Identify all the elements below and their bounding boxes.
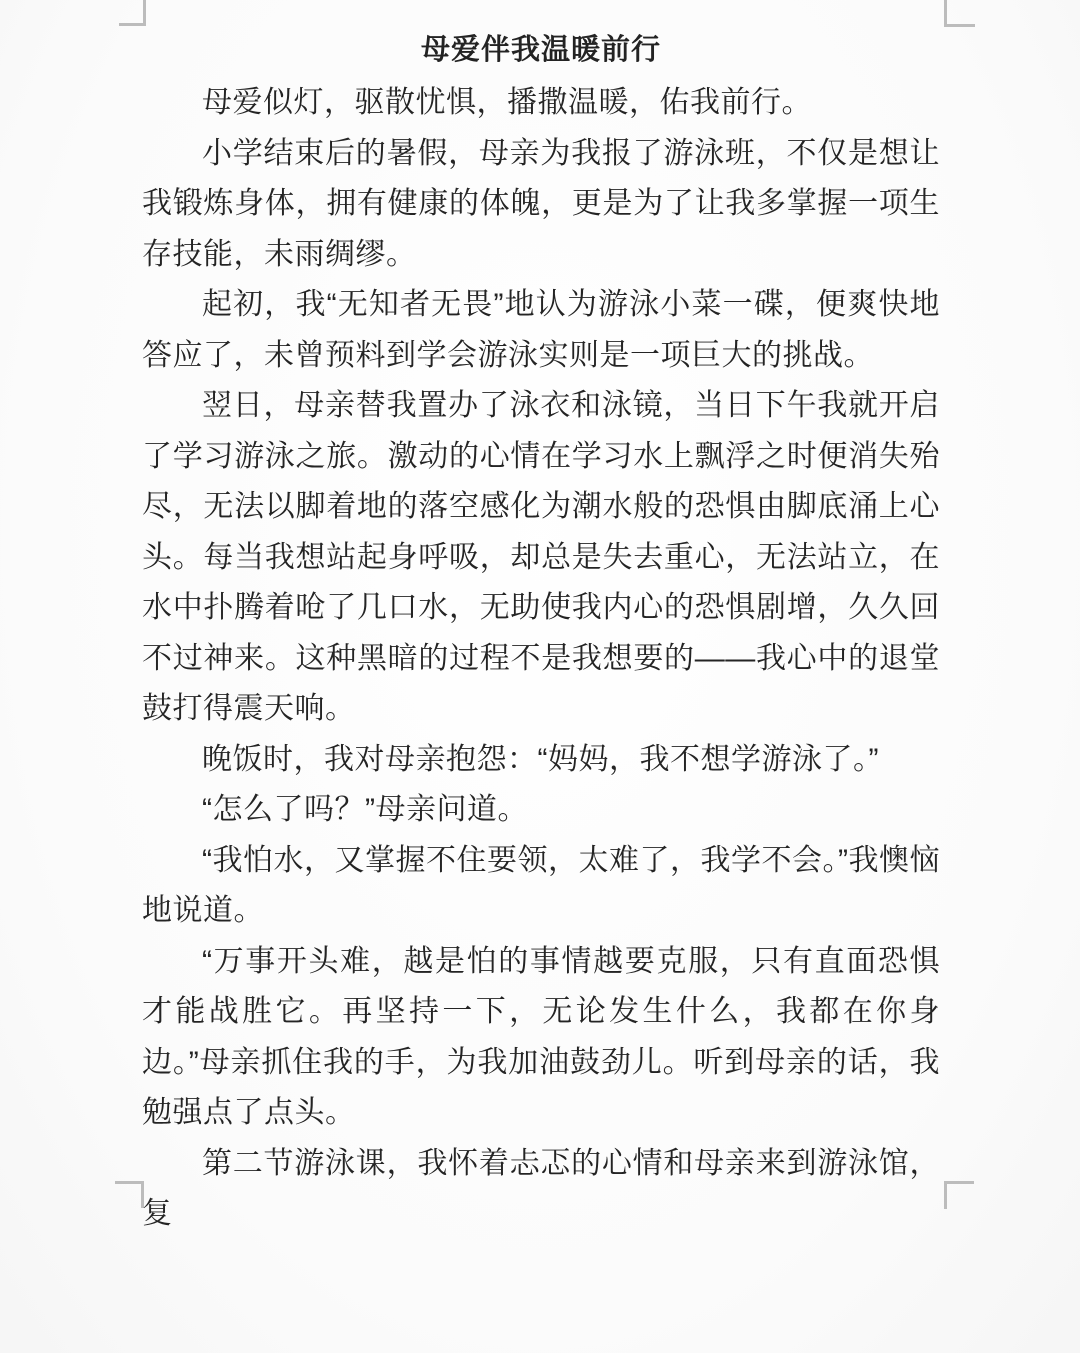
essay-content: 母爱伴我温暖前行 母爱似灯，驱散忧惧，播撒温暖，佑我前行。 小学结束后的暑假，母… — [142, 22, 940, 1240]
essay-body: 母爱似灯，驱散忧惧，播撒温暖，佑我前行。 小学结束后的暑假，母亲为我报了游泳班，… — [142, 78, 940, 1240]
essay-paragraph: “万事开头难，越是怕的事情越要克服，只有直面恐惧才能战胜它。再坚持一下，无论发生… — [142, 937, 940, 1139]
essay-paragraph: 第二节游泳课，我怀着忐忑的心情和母亲来到游泳馆，复 — [142, 1139, 940, 1240]
document-page: 母爱伴我温暖前行 母爱似灯，驱散忧惧，播撒温暖，佑我前行。 小学结束后的暑假，母… — [0, 0, 1080, 1353]
essay-paragraph: 起初，我“无知者无畏”地认为游泳小菜一碟，便爽快地答应了，未曾预料到学会游泳实则… — [142, 280, 940, 381]
essay-paragraph: 晚饭时，我对母亲抱怨：“妈妈，我不想学游泳了。” — [142, 735, 940, 786]
essay-paragraph: “怎么了吗？”母亲问道。 — [142, 785, 940, 836]
essay-paragraph: 翌日，母亲替我置办了泳衣和泳镜，当日下午我就开启了学习游泳之旅。激动的心情在学习… — [142, 381, 940, 735]
crop-mark-bottom-right-icon — [944, 1181, 974, 1209]
essay-paragraph: 母爱似灯，驱散忧惧，播撒温暖，佑我前行。 — [142, 78, 940, 129]
crop-mark-bottom-left-icon — [115, 1181, 144, 1208]
crop-mark-top-right-icon — [944, 0, 975, 27]
essay-paragraph: “我怕水，又掌握不住要领，太难了，我学不会。”我懊恼地说道。 — [142, 836, 940, 937]
essay-title: 母爱伴我温暖前行 — [142, 22, 940, 78]
essay-paragraph: 小学结束后的暑假，母亲为我报了游泳班，不仅是想让我锻炼身体，拥有健康的体魄，更是… — [142, 129, 940, 281]
